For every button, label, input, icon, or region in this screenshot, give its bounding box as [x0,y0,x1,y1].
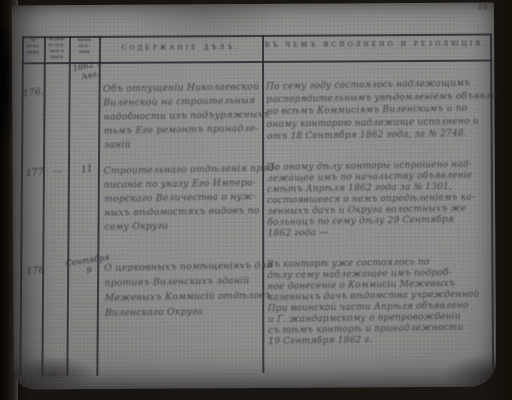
entry-number: 178 [23,264,48,278]
entry-resolution-text: По сему году состоялось надлежащимъраспо… [266,78,491,144]
column-divider-2 [66,36,70,376]
entry-summary-text: Объ отпущеніи НиколаевскойВиленской на с… [103,81,262,154]
entry-resolution-text: По оному дѣлу конторы испрошено над-лежа… [266,159,491,240]
entry-date: 1862 г.Авг. [65,56,114,85]
header-col-file-number: № дѣлапо жур-налу иописи [44,37,69,61]
scanned-ledger-screenshot: 16 №по по-рядку № дѣлапо жур-налу иописи… [0,0,512,400]
entry-date: 11 [74,164,99,177]
entry-resolution-text: Въ конторѣ уже состоялось подѣлу сему на… [267,256,492,348]
header-col-date-received: Времяполу-ченія [69,38,99,56]
header-title-contents: СОДЕРЖАНІЕ ДѢЛЪ. [101,43,261,52]
header-col-number: №по по-рядку [22,38,44,56]
header-title-resolution: ВЪ ЧЕМЪ ИСПОЛНЕНО И РЕЗОЛЮЦІЯ. [263,40,490,49]
column-divider-middle [262,35,264,373]
column-divider-3 [96,36,100,376]
entry-summary-text: О церковныхъ помѣщеніяхъ дляпротивъ Виле… [104,260,263,323]
folio-number: 16 [478,3,488,12]
entry-number: 176. [21,86,46,100]
entry-dash-mark: — [45,166,70,177]
entry-summary-text: Строительнаго отдѣленія пред-писаніе по … [103,163,262,236]
scanned-page: 16 №по по-рядку № дѣлапо жур-налу иописи… [12,3,496,390]
